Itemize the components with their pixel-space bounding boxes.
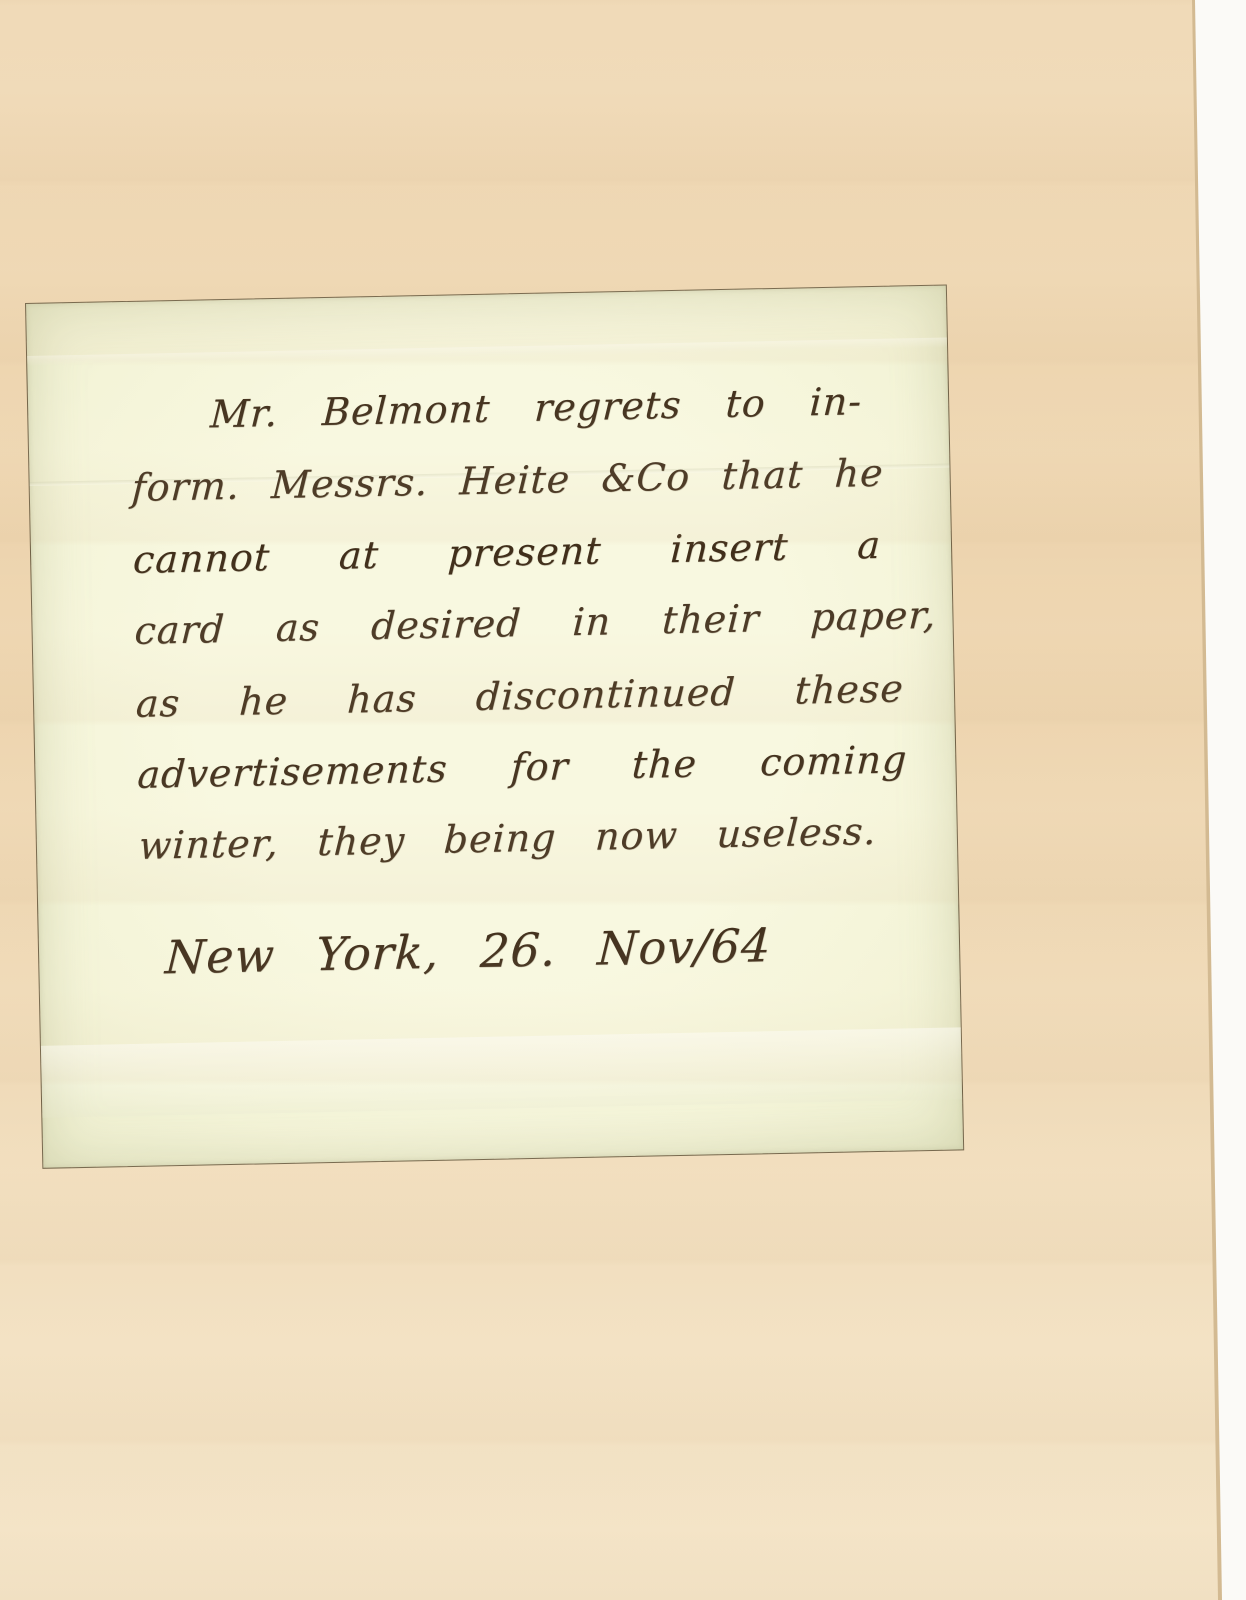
letter-line: card as desired in their paper, bbox=[133, 589, 937, 657]
album-page: Mr. Belmont regrets to in- form. Messrs.… bbox=[0, 0, 1246, 1600]
paper-sheen bbox=[27, 338, 947, 366]
letter-dateline: New York, 26. Nov/64 bbox=[164, 919, 773, 983]
letter-line: advertisements for the coming bbox=[136, 733, 908, 801]
letter-line: cannot at present insert a bbox=[132, 519, 882, 586]
letter-line: as he has discontinued these bbox=[135, 662, 905, 729]
fold-crease-lower bbox=[41, 1027, 962, 1117]
letter-line: winter, they being now useless. bbox=[138, 805, 878, 872]
letter-line: Mr. Belmont regrets to in- bbox=[209, 375, 863, 440]
letter-paper: Mr. Belmont regrets to in- form. Messrs.… bbox=[25, 284, 964, 1168]
photo-background: Mr. Belmont regrets to in- form. Messrs.… bbox=[0, 0, 1246, 1600]
letter-line: form. Messrs. Heite &Co that he bbox=[130, 447, 884, 514]
